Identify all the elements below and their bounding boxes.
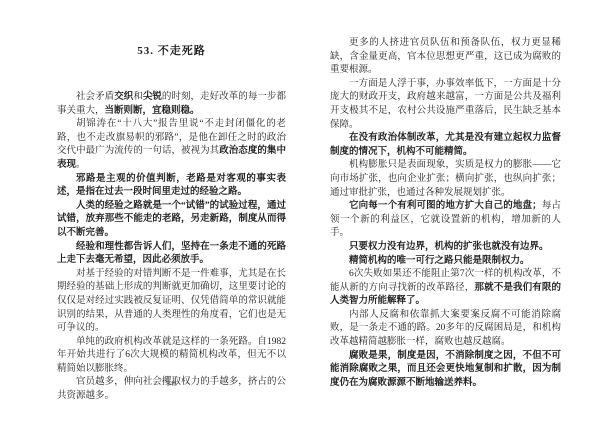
paragraph: 胡锦涛在“十八大”报告里说“不走封闭僵化的老路，也不走改旗易帜的邪路”，是他在卸… bbox=[57, 118, 286, 172]
page-number-right: 147 bbox=[330, 380, 561, 388]
paragraph: 社会矛盾交织和尖锐的时刻，走好改革的每一步都事关重大，当断则断，宜稳则稳。 bbox=[57, 91, 286, 118]
paragraph: 在没有政治体制改革，尤其是没有建立起权力监督制度的情况下，机构不可能精简。 bbox=[330, 132, 561, 159]
text-run: 更多的人挤进官员队伍和预备队伍，权力更显稀缺，含金量更高，官本位思想更严重，这已… bbox=[330, 38, 561, 75]
bold-text-run: 它向每一个有利可图的地方扩大自己的地盘； bbox=[349, 201, 542, 211]
bold-text-run: 人类的经验之路就是一个“试错”的试验过程，通过试错，放弃那些不能走的老路，另走新… bbox=[57, 201, 286, 238]
bold-text-run: 精简机构的唯一可行之路只能是限制权力。 bbox=[349, 256, 530, 266]
page-number-left: 146 bbox=[57, 380, 286, 388]
paragraph: 人类的经验之路就是一个“试错”的试验过程，通过试错，放弃那些不能走的老路，另走新… bbox=[57, 200, 286, 241]
text-run: 内部人反腐和依靠抓大案要案反腐不可能消除腐败，是一条走不通的路。20多年的反腐困… bbox=[330, 310, 561, 347]
text-run: 社会矛盾 bbox=[76, 92, 114, 102]
paragraph: 一方面是人浮于事，办事效率低下，一方面是十分庞大的财政开支，政府越来越富，一方面… bbox=[330, 78, 561, 132]
book-spread: 53. 不走死路 社会矛盾交织和尖锐的时刻，走好改革的每一步都事关重大，当断则断… bbox=[0, 0, 600, 421]
text-run: 。 bbox=[76, 160, 86, 170]
page-left: 53. 不走死路 社会矛盾交织和尖锐的时刻，走好改革的每一步都事关重大，当断则断… bbox=[57, 42, 286, 404]
paragraph: 邪路是主观的价值判断，老路是对客观的事实表述，是指在过去一段时间里走过的经验之路… bbox=[57, 173, 286, 200]
page-left-body: 社会矛盾交织和尖锐的时刻，走好改革的每一步都事关重大，当断则断，宜稳则稳。胡锦涛… bbox=[57, 91, 286, 404]
paragraph: 它向每一个有利可图的地方扩大自己的地盘；每占领一个新的利益区，它就设置新的机构，… bbox=[330, 200, 561, 241]
paragraph: 机构膨胀只是表面现象，实质是权力的膨胀——它向市场扩张，也向企业扩张；横向扩张，… bbox=[330, 159, 561, 200]
text-run: 对基于经验的对错判断不是一件难事，尤其是在长期经验的基础上形成的判断就更加确切，… bbox=[57, 269, 286, 333]
bold-text-run: 经验和理性都告诉人们，坚持在一条走不通的死路上走下去毫无希望，因此必须放手。 bbox=[57, 242, 286, 266]
paragraph: 经验和理性都告诉人们，坚持在一条走不通的死路上走下去毫无希望，因此必须放手。 bbox=[57, 241, 286, 268]
text-run: 机构膨胀只是表面现象，实质是权力的膨胀——它向市场扩张，也向企业扩张；横向扩张，… bbox=[330, 160, 561, 197]
text-run: 一方面是人浮于事，办事效率低下，一方面是十分庞大的财政开支，政府越来越富，一方面… bbox=[330, 79, 561, 130]
text-run: 单纯的政府机构改革就是这样的一条死路。自1982年开始共进行了6次大规模的精简机… bbox=[57, 337, 286, 374]
bold-text-run: 在没有政治体制改革，尤其是没有建立起权力监督制度的情况下，机构不可能精简。 bbox=[330, 133, 561, 157]
text-run: 和 bbox=[133, 92, 143, 102]
paragraph: 精简机构的唯一可行之路只能是限制权力。 bbox=[330, 255, 561, 269]
bold-text-run: 当断则断，宜稳则稳。 bbox=[105, 106, 200, 116]
paragraph: 6次失败如果还不能阻止第7次一样的机构改革，不能从新的方向寻找新的改革路径，那就… bbox=[330, 268, 561, 309]
paragraph: 内部人反腐和依靠抓大案要案反腐不可能消除腐败，是一条走不通的路。20多年的反腐困… bbox=[330, 309, 561, 350]
chapter-title: 53. 不走死路 bbox=[57, 42, 286, 58]
bold-text-run: 交织 bbox=[114, 92, 133, 102]
bold-text-run: 邪路是主观的价值判断，老路是对客观的事实表述，是指在过去一段时间里走过的经验之路… bbox=[57, 174, 286, 198]
bold-text-run: 只要权力没有边界，机构的扩张也就没有边界。 bbox=[349, 242, 549, 252]
page-right: 更多的人挤进官员队伍和预备队伍，权力更显稀缺，含金量更高，官本位思想更严重，这已… bbox=[330, 37, 561, 390]
paragraph: 单纯的政府机构改革就是这样的一条死路。自1982年开始共进行了6次大规模的精简机… bbox=[57, 336, 286, 377]
page-right-body: 更多的人挤进官员队伍和预备队伍，权力更显稀缺，含金量更高，官本位思想更严重，这已… bbox=[330, 37, 561, 390]
bold-text-run: 尖锐 bbox=[143, 92, 162, 102]
paragraph: 对基于经验的对错判断不是一件难事，尤其是在长期经验的基础上形成的判断就更加确切，… bbox=[57, 268, 286, 336]
paragraph: 更多的人挤进官员队伍和预备队伍，权力更显稀缺，含金量更高，官本位思想更严重，这已… bbox=[330, 37, 561, 78]
paragraph: 只要权力没有边界，机构的扩张也就没有边界。 bbox=[330, 241, 561, 255]
